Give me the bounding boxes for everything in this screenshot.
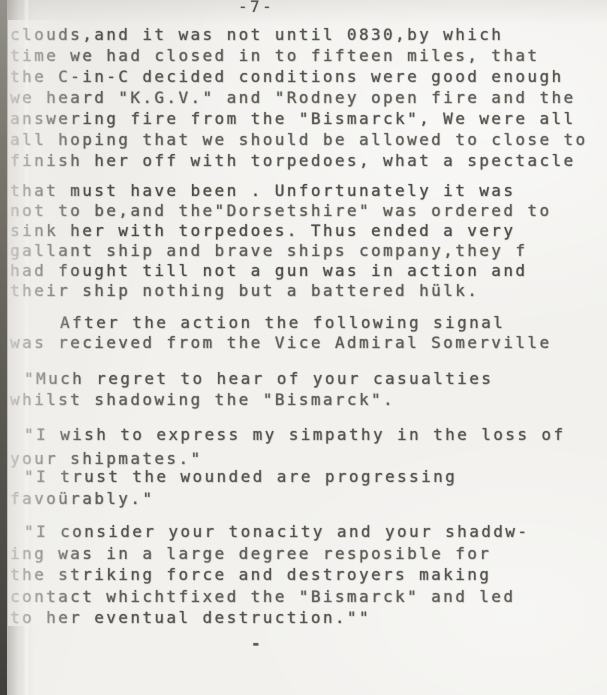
paragraph-account-2: that must have been . Unfortunately it w… [10, 181, 551, 301]
text-line: After the action the following signal [10, 313, 551, 333]
signal-quote-1: "Much regret to hear of your casualties … [10, 368, 493, 410]
text-line: gallant ship and brave ships company,the… [10, 241, 551, 261]
text-line: not to be,and the"Dorsetshire" was order… [10, 201, 551, 221]
text-line: their ship nothing but a battered hülk. [10, 281, 551, 301]
signal-quote-2: "I wish to express my simpathy in the lo… [10, 423, 565, 471]
text-line: sink her with torpedoes. Thus ended a ve… [10, 221, 551, 241]
text-line: "I trust the wounded are progressing [10, 466, 457, 488]
text-line: "I consider your tonacity and your shadd… [10, 521, 529, 543]
text-line: the C-in-C decided conditions were good … [10, 66, 588, 87]
text-line: finish her off with torpedoes, what a sp… [10, 150, 588, 171]
text-line: answering fire from the "Bismarck", We w… [10, 108, 588, 129]
text-line: to her eventual destruction."" [10, 607, 529, 629]
paragraph-after-action: After the action the following signal wa… [10, 313, 551, 353]
text-line: ing was in a large degree resposible for [10, 543, 529, 565]
text-line: the striking force and destroyers making [10, 564, 529, 586]
text-line: contact whichtfixed the "Bismarck" and l… [10, 586, 529, 608]
text-line: favoürably." [10, 488, 457, 510]
text-line: time we had closed in to fifteen miles, … [10, 45, 588, 66]
scanned-document-page: -7- clouds,and it was not until 0830,by … [0, 0, 607, 695]
paragraph-account-1: clouds,and it was not until 0830,by whic… [10, 24, 588, 171]
text-line: that must have been . Unfortunately it w… [10, 181, 551, 201]
text-line: clouds,and it was not until 0830,by whic… [10, 24, 588, 45]
footer-dash: - [251, 634, 261, 654]
text-line: had fought till not a gun was in action … [10, 261, 551, 281]
text-line: "I wish to express my simpathy in the lo… [10, 423, 565, 447]
text-line: "Much regret to hear of your casualties [10, 368, 493, 389]
page-left-edge [0, 0, 7, 695]
text-line: was recieved from the Vice Admiral Somer… [10, 333, 551, 353]
signal-quote-3: "I trust the wounded are progressing fav… [10, 466, 457, 510]
text-line: all hoping that we should be allowed to … [10, 129, 588, 150]
text-line: whilst shadowing the "Bismarck". [10, 389, 493, 410]
signal-quote-4: "I consider your tonacity and your shadd… [10, 521, 529, 629]
page-number: -7- [238, 0, 274, 16]
text-line: we heard "K.G.V." and "Rodney open fire … [10, 87, 588, 108]
